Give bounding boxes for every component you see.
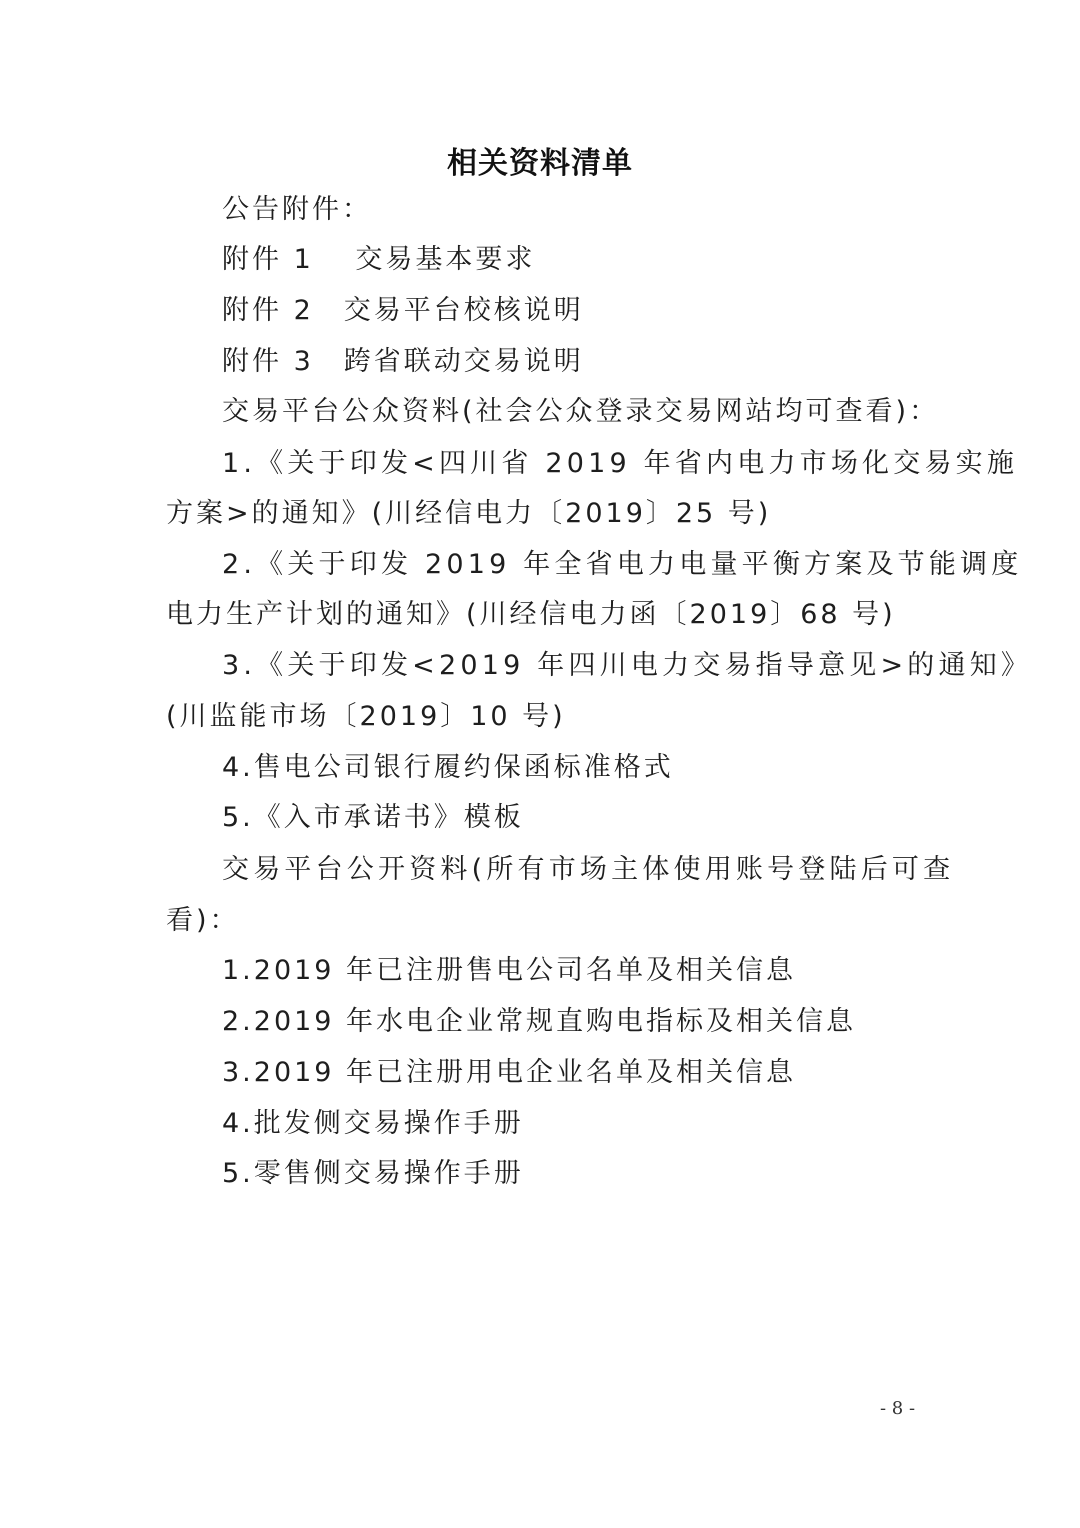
section-heading-open-materials-cont: 看)： bbox=[166, 901, 926, 941]
page-title: 相关资料清单 bbox=[0, 138, 1080, 182]
section-heading-announcement-attachments: 公告附件： bbox=[222, 190, 982, 230]
section-heading-public-materials: 交易平台公众资料(社会公众登录交易网站均可查看)： bbox=[222, 392, 982, 432]
open-material-item: 3.2019 年已注册用电企业名单及相关信息 bbox=[222, 1053, 982, 1093]
public-material-item-cont: 方案>的通知》(川经信电力〔2019〕25 号) bbox=[166, 494, 926, 534]
open-material-item: 5.零售侧交易操作手册 bbox=[222, 1154, 982, 1194]
open-material-item: 4.批发侧交易操作手册 bbox=[222, 1104, 982, 1144]
attachment-item: 附件 2 交易平台校核说明 bbox=[222, 291, 982, 331]
public-material-item: 5.《入市承诺书》模板 bbox=[222, 798, 982, 838]
public-material-item: 3.《关于印发<2019 年四川电力交易指导意见>的通知》 bbox=[222, 646, 982, 686]
open-material-item: 2.2019 年水电企业常规直购电指标及相关信息 bbox=[222, 1002, 982, 1042]
page-number: - 8 - bbox=[880, 1398, 915, 1419]
public-material-item-cont: (川监能市场〔2019〕10 号) bbox=[166, 697, 926, 737]
open-material-item: 1.2019 年已注册售电公司名单及相关信息 bbox=[222, 951, 982, 991]
attachment-item: 附件 3 跨省联动交易说明 bbox=[222, 342, 982, 382]
public-material-item-cont: 电力生产计划的通知》(川经信电力函〔2019〕68 号) bbox=[166, 595, 926, 635]
public-material-item: 2.《关于印发 2019 年全省电力电量平衡方案及节能调度 bbox=[222, 545, 982, 585]
public-material-item: 1.《关于印发<四川省 2019 年省内电力市场化交易实施 bbox=[222, 444, 982, 484]
attachment-item: 附件 1 交易基本要求 bbox=[222, 240, 982, 280]
section-heading-open-materials: 交易平台公开资料(所有市场主体使用账号登陆后可查 bbox=[222, 850, 982, 890]
public-material-item: 4.售电公司银行履约保函标准格式 bbox=[222, 748, 982, 788]
